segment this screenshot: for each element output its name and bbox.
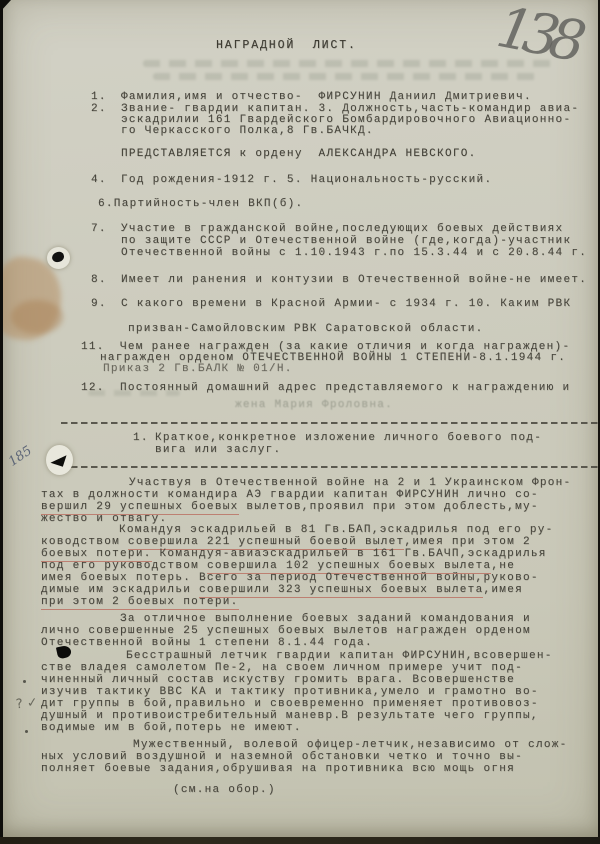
dashed-separator	[61, 422, 600, 424]
item-8-text: Имеет ли ранения и контузии в Отечествен…	[121, 275, 587, 286]
item-7-line: по защите СССР и Отечественной войне (гд…	[121, 236, 571, 247]
item-7-line: Участие в гражданской войне,последующих …	[121, 224, 563, 235]
hole-punch	[46, 445, 73, 475]
narrative-line: Мужественный, волевой офицер-летчик,неза…	[133, 740, 568, 751]
presented-to-order-line: ПРЕДСТАВЛЯЕТСЯ к ордену АЛЕКСАНДРА НЕВСК…	[121, 149, 477, 160]
see-overleaf-note: (см.на обор.)	[173, 785, 276, 796]
narrative-line: полняет боевые задания,обрушивая на прот…	[41, 764, 515, 775]
ink-speck	[25, 730, 28, 733]
scan-edge-bottom	[0, 837, 600, 844]
paper-sheet: НАГРАДНОЙ ЛИСТ. 1. Фамилия,имя и отчеств…	[3, 0, 598, 837]
narrative-line: под его руководством совершила 102 успеш…	[41, 561, 515, 572]
item-7-line: Отечественной войны с 1.10.1943 г.по 15.…	[121, 248, 587, 259]
narrative-line: стве владея самолетом Пе-2, на своем лич…	[41, 663, 523, 674]
item-2-line: го Черкасского Полка,8 Гв.БАЧКД.	[121, 126, 374, 137]
item-12-text: Постоянный домашний адрес представляемог…	[120, 383, 570, 394]
item-2-number: 2.	[91, 104, 107, 115]
narrative-text: ,имея при этом 2	[404, 536, 530, 548]
ink-speck	[23, 680, 26, 683]
item-11-line: Приказ 2 Гв.БАЛК № 01/Н.	[103, 364, 293, 375]
narrative-line: За отличное выполнение боевых заданий ко…	[120, 614, 531, 625]
red-underlined-text: при этом 2 боевых потери.	[41, 596, 239, 610]
item-1-text: Фамилия,имя и отчество- ФИРСУНИН Даниил …	[121, 92, 532, 103]
narrative-line: Отечественной войны 1 степени 8.1.44 год…	[41, 638, 373, 649]
narrative-text: вылетов,проявил при этом доблесть,му-	[239, 501, 539, 513]
item-12-number: 12.	[81, 383, 105, 394]
dashed-separator	[61, 466, 600, 468]
narrative-line: имея боевых потерь. Всего за период Отеч…	[41, 573, 539, 584]
narrative-text: ,не	[491, 560, 515, 572]
narrative-line: димые им эскадрильи совершили 323 успешн…	[41, 585, 523, 596]
handwritten-check-marks: ?✓	[15, 695, 42, 713]
narrative-line: дит группы в бой,правильно и своевременн…	[41, 699, 539, 710]
narrative-text: ководством	[41, 536, 128, 548]
red-underlined-text: совершили 323 успешных боевых вылета	[199, 584, 483, 598]
item-9-line: призван-Самойловским РВК Саратовской обл…	[128, 324, 484, 335]
item-9-line: С какого времени в Красной Армии- с 1934…	[121, 299, 571, 310]
narrative-line: вершил 29 успешных боевых вылетов,прояви…	[41, 502, 539, 513]
narrative-text: димые им эскадрильи	[41, 584, 199, 596]
scanned-document-page: НАГРАДНОЙ ЛИСТ. 1. Фамилия,имя и отчеств…	[0, 0, 600, 844]
narrative-line: душный и противоистребительный маневр.В …	[41, 711, 539, 722]
narrative-line: боевых потери. Командуя-авиаэскадрильей …	[41, 549, 547, 560]
section-heading-line: вига или заслуг.	[155, 445, 281, 456]
narrative-line: Бесстрашный летчик гвардии капитан ФИРСУ…	[126, 651, 553, 662]
ink-offset-smudge	[143, 60, 555, 67]
narrative-line: чиненный личный состав искуству громить …	[41, 675, 515, 686]
handwritten-margin-number: 185	[6, 443, 35, 469]
narrative-text: ,имея	[483, 584, 523, 596]
section-heading-number: 1.	[133, 433, 149, 444]
narrative-line: Командуя эскадрильей в 81 Гв.БАП,эскадри…	[119, 525, 554, 536]
item-9-number: 9.	[91, 299, 107, 310]
scan-corner-top-left	[0, 0, 11, 12]
document-title: НАГРАДНОЙ ЛИСТ.	[216, 40, 357, 51]
item-1-number: 1.	[91, 92, 107, 103]
narrative-line: ководством совершила 221 успешный боевой…	[41, 537, 531, 548]
section-heading-line: Краткое,конкретное изложение личного бое…	[155, 433, 542, 444]
narrative-line: тах в должности командира АЭ гвардии кап…	[41, 490, 539, 501]
item-8-number: 8.	[91, 275, 107, 286]
narrative-line: при этом 2 боевых потери.	[41, 597, 239, 608]
narrative-text: под его руководством	[41, 560, 207, 572]
narrative-line: изучив тактику ВВС КА и тактику противни…	[41, 687, 539, 698]
ink-offset-smudge	[153, 73, 541, 80]
item-7-number: 7.	[91, 224, 107, 235]
faded-family-line: жена Мария Фроловна.	[235, 400, 393, 411]
item-4-number: 4.	[91, 175, 107, 186]
paper-stain	[11, 300, 63, 334]
scan-edge-left	[0, 0, 3, 844]
hole-punch-shadow	[50, 451, 66, 466]
narrative-line: водимые им в бой,потерь не имеют.	[41, 723, 302, 734]
item-6-text: 6.Партийность-член ВКП(б).	[98, 199, 303, 210]
hole-punch-shadow	[51, 251, 65, 264]
narrative-line: ных условий воздушной и наземной обстано…	[41, 752, 523, 763]
narrative-line: Участвуя в Отечественной войне на 2 и 1 …	[129, 478, 571, 489]
narrative-text: Командуя-авиаэскадрильей в 161 Гв.БАЧП,э…	[152, 548, 547, 560]
hole-punch	[47, 247, 70, 269]
narrative-line: лично совершенные 25 успешных боевых выл…	[41, 626, 531, 637]
item-4-text: Год рождения-1912 г. 5. Национальность-р…	[121, 175, 492, 186]
